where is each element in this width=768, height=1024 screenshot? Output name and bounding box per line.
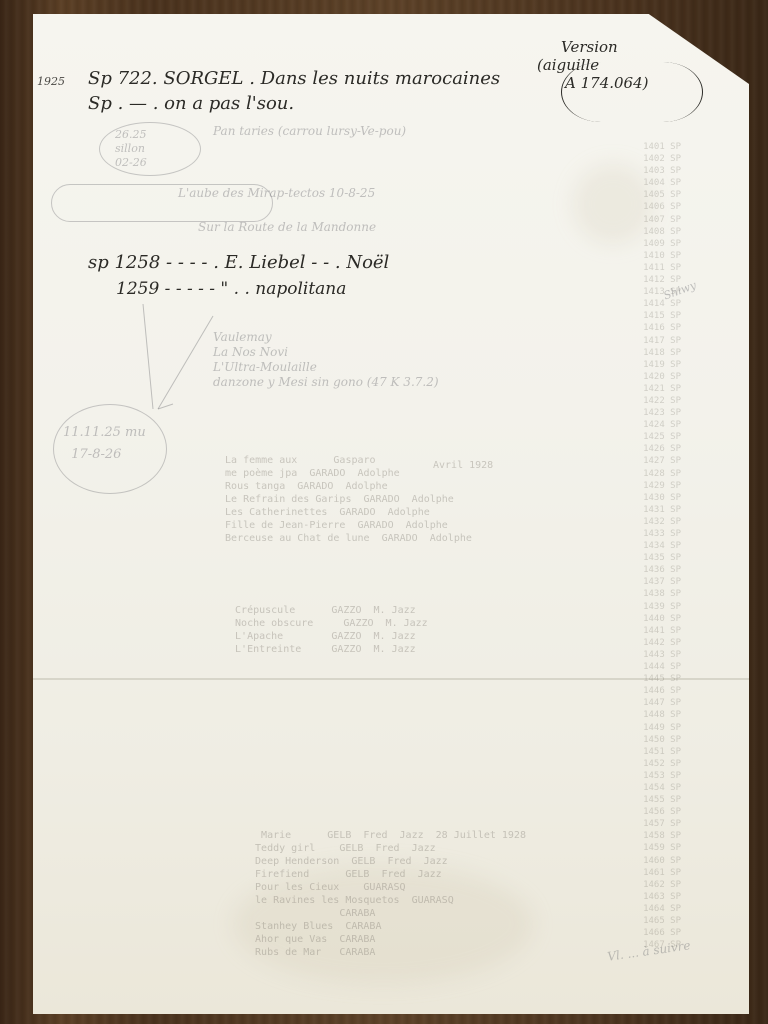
pencil-note-4: VaulemayLa Nos NoviL'Ultra-Moulailledanz…	[213, 330, 439, 390]
pencil-note-lower: 11.11.25 mu 17-8-26	[63, 422, 146, 466]
handwritten-line-sp722: Sp 722. SORGEL . Dans les nuits marocain…	[88, 68, 500, 89]
pencil-note-upper: 26.25sillon02-26	[115, 128, 147, 170]
pencil-bubble	[51, 184, 273, 222]
pencil-note-1: Pan taries (carrou lursy-Ve-pou)	[213, 124, 406, 138]
bleed-through-block-3: Marie GELB Fred Jazz 28 Juillet 1928 Ted…	[243, 829, 526, 959]
handwritten-line-sp-ditto: Sp . — . on a pas l'sou.	[88, 93, 294, 114]
version-note-line: (aiguille	[537, 56, 667, 74]
year-note: 1925	[37, 75, 65, 88]
version-note-line: A 174.064)	[537, 74, 667, 92]
paper-sheet: 1401 SP1402 SP1403 SP1404 SP1405 SP 1406…	[33, 14, 749, 1014]
handwritten-line-sp1259: 1259 - - - - - " . . napolitana	[116, 279, 346, 299]
bleed-through-block-2: Crépuscule GAZZO M. Jazz Noche obscure G…	[223, 604, 428, 656]
bleed-through-block-1: La femme aux Gasparo me poème jpa GARADO…	[213, 454, 472, 545]
bleed-through-number-column: 1401 SP1402 SP1403 SP1404 SP1405 SP 1406…	[621, 142, 681, 952]
version-note-line: Version	[537, 38, 667, 56]
pencil-arrow-lines	[123, 304, 233, 424]
handwritten-line-sp1258: sp 1258 - - - - . E. Liebel - - . Noël	[88, 252, 389, 273]
version-note: Version (aiguille A 174.064)	[537, 38, 667, 92]
pencil-note-3: Sur la Route de la Mandonne	[198, 220, 376, 234]
